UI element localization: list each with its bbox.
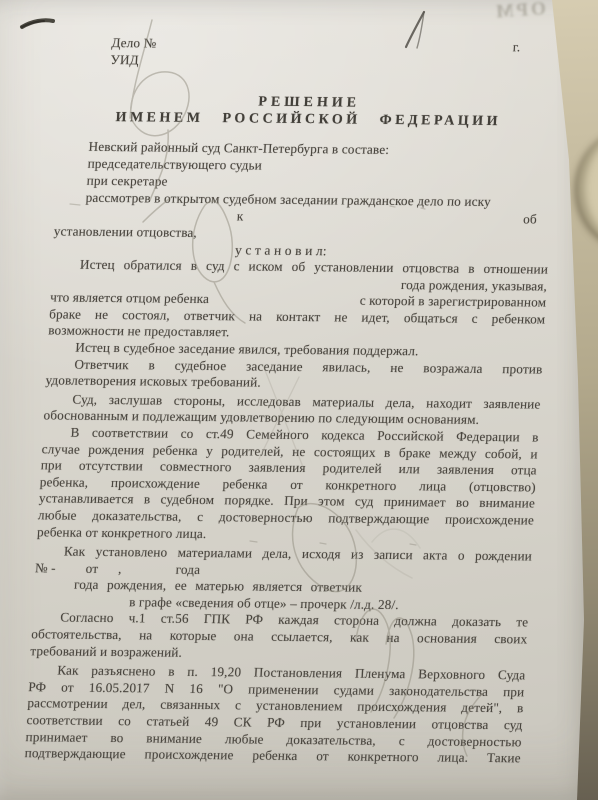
- staple-mark: [22, 20, 53, 27]
- record-comma: ,: [118, 561, 122, 578]
- ghost-bleed-text: ОРМ: [435, 0, 546, 28]
- year-suffix: г.: [512, 38, 520, 55]
- case-number-label: Дело №: [111, 34, 157, 51]
- record-number: № -: [35, 560, 57, 577]
- document-photo: ОРМ Дело № г. УИД РЕШЕНИЕ ИМЕНЕМ РОССИЙС…: [0, 0, 598, 800]
- record-year-word: года: [175, 561, 200, 578]
- defendant-k-word: к: [236, 207, 244, 224]
- body-line-fragment: что является отцом ребенка: [50, 290, 210, 308]
- body-line-fragment: с которой в зарегистрированном: [359, 293, 546, 312]
- background-object: [578, 128, 598, 248]
- document-content: Дело № г. УИД РЕШЕНИЕ ИМЕНЕМ РОССИЙСКОЙ …: [24, 34, 561, 768]
- record-from-word: от: [85, 560, 98, 577]
- paper-sheet: ОРМ Дело № г. УИД РЕШЕНИЕ ИМЕНЕМ РОССИЙС…: [0, 0, 598, 800]
- ob-word: об: [523, 210, 538, 227]
